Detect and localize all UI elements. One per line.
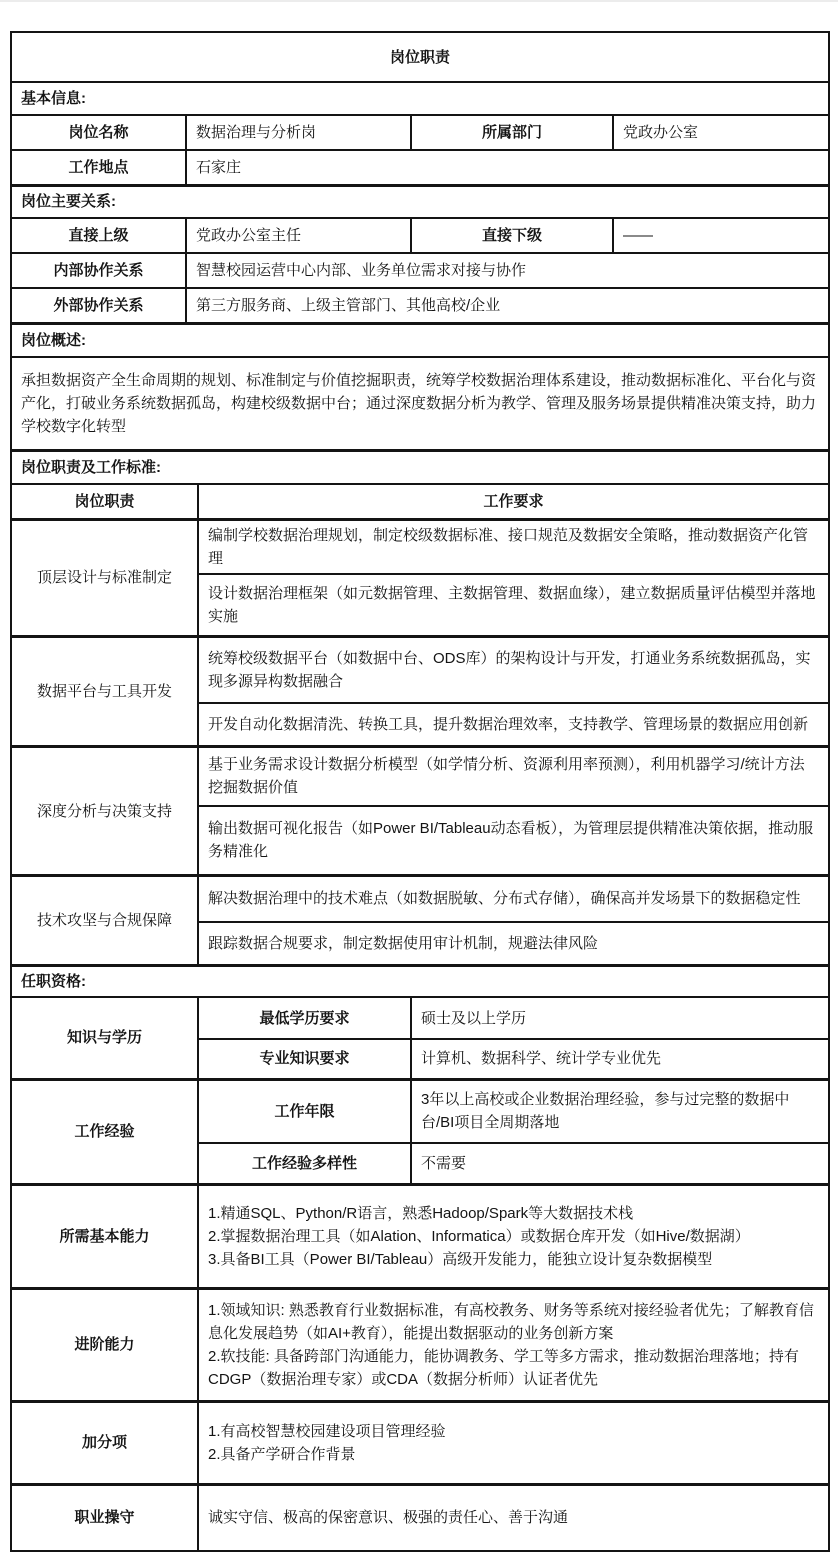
qual-row-value: 3年以上高校或企业数据治理经验，参与过完整的数据中台/BI项目全周期落地 (411, 1079, 829, 1143)
list-item: 1.有高校智慧校园建设项目管理经验 (208, 1420, 819, 1443)
external-relation-value: 第三方服务商、上级主管部门、其他高校/企业 (186, 288, 829, 323)
superior-value: 党政办公室主任 (186, 218, 411, 253)
section-overview: 岗位概述: (11, 323, 829, 357)
list-item: 2.软技能: 具备跨部门沟通能力，能协调教务、学工等多方需求，推动数据治理落地；… (208, 1345, 819, 1391)
job-description-table: 岗位职责 基本信息: 岗位名称 数据治理与分析岗 所属部门 党政办公室 工作地点… (10, 31, 830, 1552)
section-duties: 岗位职责及工作标准: (11, 450, 829, 484)
department-label: 所属部门 (411, 115, 613, 150)
list-item: 2.掌握数据治理工具（如Alation、Informatica）或数据仓库开发（… (208, 1225, 819, 1248)
ethics-value: 诚实守信、极高的保密意识、极强的责任心、善于沟通 (198, 1484, 829, 1551)
list-item: 3.具备BI工具（Power BI/Tableau）高级开发能力，能独立设计复杂… (208, 1248, 819, 1271)
post-name-label: 岗位名称 (11, 115, 186, 150)
duty-group-name: 深度分析与决策支持 (11, 747, 198, 876)
duties-col-responsibility: 岗位职责 (11, 484, 198, 519)
page-title: 岗位职责 (11, 32, 829, 82)
qual-group-knowledge: 知识与学历 (11, 997, 198, 1079)
overview-text: 承担数据资产全生命周期的规划、标准制定与价值挖掘职责，统筹学校数据治理体系建设，… (11, 357, 829, 450)
external-relation-label: 外部协作关系 (11, 288, 186, 323)
superior-label: 直接上级 (11, 218, 186, 253)
duty-group-name: 顶层设计与标准制定 (11, 519, 198, 637)
qual-row-label: 工作经验多样性 (198, 1143, 411, 1184)
qual-group-ethics: 职业操守 (11, 1484, 198, 1551)
duty-item: 开发自动化数据清洗、转换工具，提升数据治理效率，支持教学、管理场景的数据应用创新 (198, 703, 829, 747)
internal-relation-value: 智慧校园运营中心内部、业务单位需求对接与协作 (186, 253, 829, 288)
list-item: 1.精通SQL、Python/R语言，熟悉Hadoop/Spark等大数据技术栈 (208, 1202, 819, 1225)
subordinate-value: —— (613, 218, 829, 253)
duties-col-requirement: 工作要求 (198, 484, 829, 519)
duty-group-name: 技术攻坚与合规保障 (11, 876, 198, 966)
duty-item: 解决数据治理中的技术难点（如数据脱敏、分布式存储），确保高并发场景下的数据稳定性 (198, 876, 829, 922)
section-qualifications: 任职资格: (11, 966, 829, 998)
location-label: 工作地点 (11, 150, 186, 185)
section-relations: 岗位主要关系: (11, 185, 829, 218)
qual-row-label: 最低学历要求 (198, 997, 411, 1039)
internal-relation-label: 内部协作关系 (11, 253, 186, 288)
list-item: 2.具备产学研合作背景 (208, 1443, 819, 1466)
post-name-value: 数据治理与分析岗 (186, 115, 411, 150)
duty-item: 统筹校级数据平台（如数据中台、ODS库）的架构设计与开发，打通业务系统数据孤岛，… (198, 637, 829, 703)
duty-item: 输出数据可视化报告（如Power BI/Tableau动态看板），为管理层提供精… (198, 806, 829, 876)
qual-row-label: 工作年限 (198, 1079, 411, 1143)
qual-group-bonus: 加分项 (11, 1401, 198, 1484)
qual-row-value: 不需要 (411, 1143, 829, 1184)
advanced-ability-list: 1.领域知识: 熟悉教育行业数据标准，有高校教务、财务等系统对接经验者优先；了解… (198, 1288, 829, 1401)
qual-group-basic-ability: 所需基本能力 (11, 1184, 198, 1288)
basic-ability-list: 1.精通SQL、Python/R语言，熟悉Hadoop/Spark等大数据技术栈… (198, 1184, 829, 1288)
qual-group-advanced-ability: 进阶能力 (11, 1288, 198, 1401)
bonus-list: 1.有高校智慧校园建设项目管理经验 2.具备产学研合作背景 (198, 1401, 829, 1484)
document-page: 岗位职责 基本信息: 岗位名称 数据治理与分析岗 所属部门 党政办公室 工作地点… (0, 2, 838, 1552)
qual-row-value: 硕士及以上学历 (411, 997, 829, 1039)
subordinate-label: 直接下级 (411, 218, 613, 253)
location-value: 石家庄 (186, 150, 829, 185)
qual-row-value: 计算机、数据科学、统计学专业优先 (411, 1039, 829, 1079)
duty-item: 设计数据治理框架（如元数据管理、主数据管理、数据血缘），建立数据质量评估模型并落… (198, 574, 829, 637)
section-basic-info: 基本信息: (11, 82, 829, 115)
duty-group-name: 数据平台与工具开发 (11, 637, 198, 747)
duty-item: 编制学校数据治理规划，制定校级数据标准、接口规范及数据安全策略，推动数据资产化管… (198, 519, 829, 574)
department-value: 党政办公室 (613, 115, 829, 150)
qual-group-experience: 工作经验 (11, 1079, 198, 1184)
list-item: 1.领域知识: 熟悉教育行业数据标准，有高校教务、财务等系统对接经验者优先；了解… (208, 1299, 819, 1345)
qual-row-label: 专业知识要求 (198, 1039, 411, 1079)
duty-item: 基于业务需求设计数据分析模型（如学情分析、资源利用率预测），利用机器学习/统计方… (198, 747, 829, 806)
duty-item: 跟踪数据合规要求，制定数据使用审计机制，规避法律风险 (198, 922, 829, 966)
